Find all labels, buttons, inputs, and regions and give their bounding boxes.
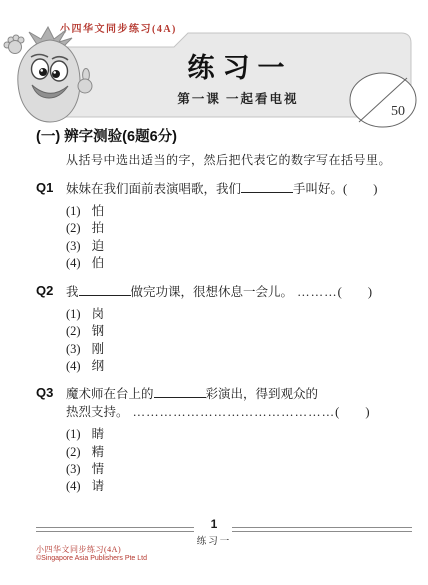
worksheet-page: 小四华文同步练习(4A) 练习一 第一课 一起看电视 50 [0, 0, 428, 585]
option-row: (2)钢 [66, 323, 410, 340]
option-row: (1)岗 [66, 306, 410, 323]
answer-blank [79, 284, 131, 296]
option-row: (4)纲 [66, 358, 410, 375]
score-total: 50 [391, 104, 405, 119]
options-list: (1)岗 (2)钢 (3)刚 (4)纲 [66, 306, 410, 375]
question-stem: 魔术师在台上的彩演出，得到观众的 [66, 385, 410, 403]
page-number: 1 [0, 517, 428, 531]
dot-leader: ……………………………………… [129, 405, 336, 419]
score-circle: 50 [347, 70, 419, 130]
footer-copyright: ©Singapore Asia Publishers Pte Ltd [36, 555, 147, 562]
options-list: (1)怕 (2)拍 (3)迫 (4)伯 [66, 203, 410, 272]
option-row: (2)拍 [66, 220, 410, 237]
options-list: (1)睛 (2)精 (3)情 (4)请 [66, 426, 410, 495]
mascot-strawberry-icon [2, 26, 97, 126]
option-row: (3)刚 [66, 341, 410, 358]
option-row: (3)迫 [66, 238, 410, 255]
answer-bracket: () [343, 182, 377, 196]
question-stem-line2: 热烈支持。 ………………………………………() [66, 403, 410, 421]
question-stem: 我做完功课，很想休息一会儿。 ………() [66, 283, 410, 301]
option-row: (2)精 [66, 444, 410, 461]
section-heading: (一) 辨字测验(6题6分) [36, 125, 177, 146]
option-row: (1)睛 [66, 426, 410, 443]
question-label: Q1 [36, 180, 53, 195]
question-stem: 妹妹在我们面前表演唱歌，我们手叫好。() [66, 180, 410, 198]
answer-bracket: () [338, 285, 372, 299]
dot-leader: ……… [293, 285, 338, 299]
option-row: (1)怕 [66, 203, 410, 220]
option-row: (4)请 [66, 478, 410, 495]
footer-series-title: 小四华文同步练习(4A) [36, 544, 121, 555]
question-q3: Q3 魔术师在台上的彩演出，得到观众的 热烈支持。 ……………………………………… [0, 385, 428, 495]
question-label: Q3 [36, 385, 53, 400]
answer-bracket: () [335, 405, 369, 419]
answer-blank [241, 181, 293, 193]
question-q1: Q1 妹妹在我们面前表演唱歌，我们手叫好。() (1)怕 (2)拍 (3)迫 (… [0, 180, 428, 272]
option-row: (4)伯 [66, 255, 410, 272]
question-label: Q2 [36, 283, 53, 298]
option-row: (3)情 [66, 461, 410, 478]
answer-blank [154, 386, 206, 398]
question-q2: Q2 我做完功课，很想休息一会儿。 ………() (1)岗 (2)钢 (3)刚 (… [0, 283, 428, 375]
section-instruction: 从括号中选出适当的字，然后把代表它的数字写在括号里。 [66, 151, 391, 168]
